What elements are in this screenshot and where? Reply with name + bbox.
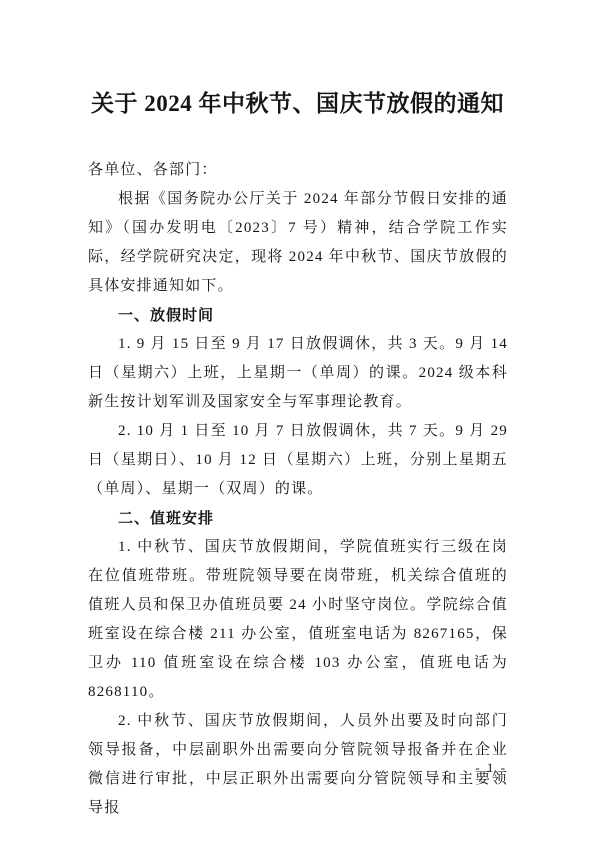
- section-1-item-2: 2. 10 月 1 日至 10 月 7 日放假调休，共 7 天。9 月 29 日…: [88, 417, 508, 504]
- document-title: 关于 2024 年中秋节、国庆节放假的通知: [0, 0, 595, 120]
- section-1-item-1: 1. 9 月 15 日至 9 月 17 日放假调休，共 3 天。9 月 14 日…: [88, 330, 508, 417]
- page-number: - 1 -: [475, 760, 507, 776]
- section-1-heading: 一、放假时间: [88, 301, 508, 330]
- section-2-heading: 二、值班安排: [88, 504, 508, 533]
- intro-paragraph: 根据《国务院办公厅关于 2024 年部分节假日安排的通知》（国办发明电〔2023…: [88, 185, 508, 301]
- document-body: 各单位、各部门： 根据《国务院办公厅关于 2024 年部分节假日安排的通知》（国…: [88, 156, 508, 823]
- document-page: 关于 2024 年中秋节、国庆节放假的通知 各单位、各部门： 根据《国务院办公厅…: [0, 0, 595, 841]
- section-2-item-1: 1. 中秋节、国庆节放假期间，学院值班实行三级在岗在位值班带班。带班院领导要在岗…: [88, 533, 508, 707]
- salutation: 各单位、各部门：: [88, 156, 508, 185]
- section-2-item-2: 2. 中秋节、国庆节放假期间，人员外出要及时向部门领导报备，中层副职外出需要向分…: [88, 707, 508, 823]
